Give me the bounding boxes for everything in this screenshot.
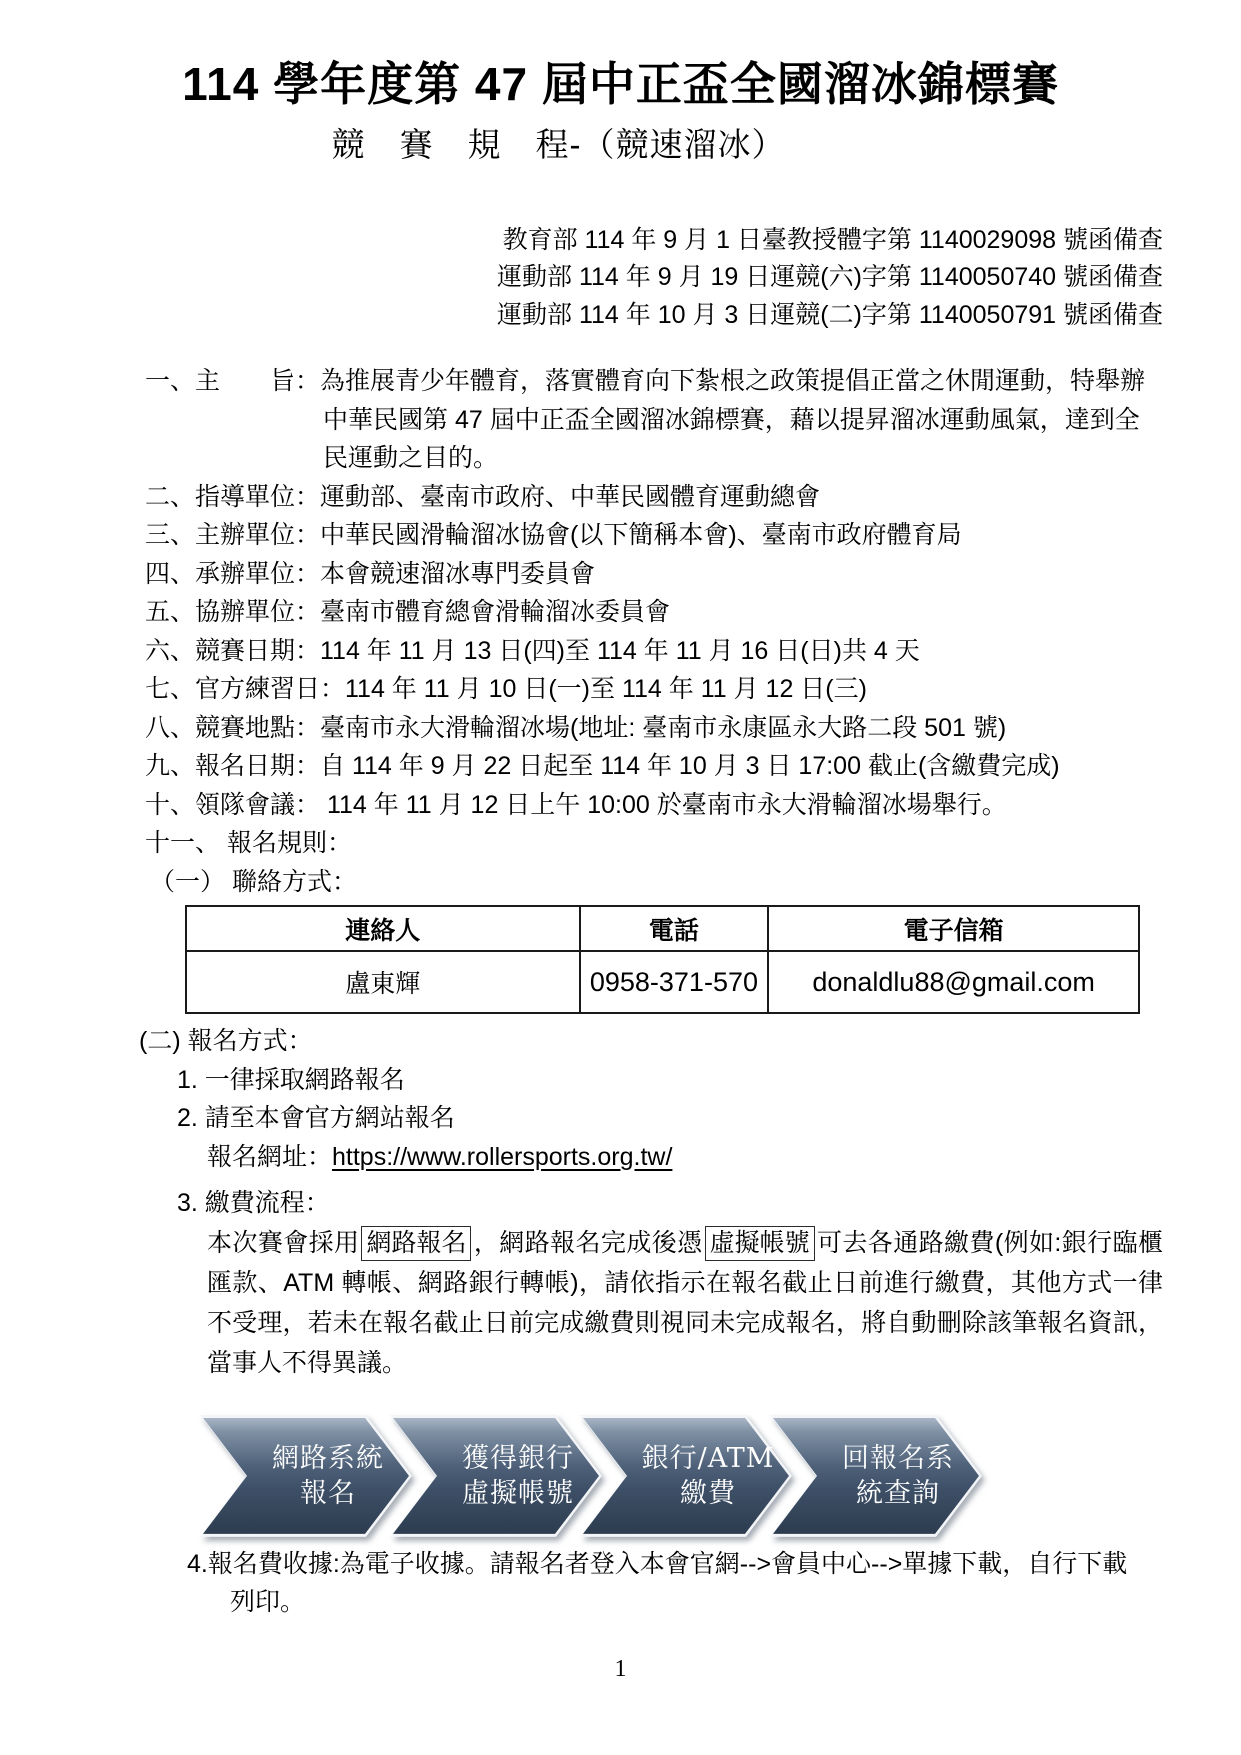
- method-point-2: 2. 請至本會官方網站報名: [0, 1099, 1241, 1138]
- flow-step-label: 銀行/ATM: [632, 1441, 784, 1476]
- flow-step-online-registration: 網路系統 報名: [200, 1415, 412, 1537]
- payment-process-paragraph: 本次賽會採用網路報名，網路報名完成後憑虛擬帳號可去各通路繳費(例如:銀行臨櫃匯款…: [207, 1223, 1163, 1383]
- registration-url-line: 報名網址：https://www.rollersports.org.tw/: [0, 1138, 1241, 1177]
- registration-method-section: (二) 報名方式： 1. 一律採取網路報名 2. 請至本會官方網站報名 報名網址…: [0, 1022, 1241, 1622]
- clause-registration-rules: 十一、 報名規則：: [0, 824, 1241, 863]
- clause-purpose-line2: 中華民國第 47 屆中正盃全國溜冰錦標賽，藉以提昇溜冰運動風氣，達到全: [0, 401, 1241, 440]
- clause-competition-dates: 六、競賽日期：114 年 11 月 13 日(四)至 114 年 11 月 16…: [0, 632, 1241, 671]
- registration-url-label: 報名網址：: [207, 1143, 332, 1171]
- clause-registration-dates: 九、報名日期：自 114 年 9 月 22 日起至 114 年 10 月 3 日…: [0, 747, 1241, 786]
- clause-purpose-line1: 一、主 旨：為推展青少年體育，落實體育向下紮根之政策提倡正當之休閒運動，特舉辦: [0, 362, 1241, 401]
- subclause-method-heading: (二) 報名方式：: [0, 1022, 1241, 1061]
- flow-step-bank-atm-payment: 銀行/ATM 繳費: [580, 1415, 792, 1537]
- contact-phone: 0958-371-570: [580, 951, 769, 1013]
- contact-header-email: 電子信箱: [768, 906, 1139, 951]
- clause-venue: 八、競賽地點：臺南市永大滑輪溜冰場(地址: 臺南市永康區永大路二段 501 號): [0, 709, 1241, 748]
- page-number: 1: [0, 1656, 1241, 1683]
- contact-table-data-row: 盧東輝 0958-371-570 donaldlu88@gmail.com: [186, 951, 1139, 1013]
- paragraph-text: 本次賽會採用: [207, 1229, 359, 1257]
- doc-subtitle: 競 賽 規 程-（競速溜冰）: [0, 119, 1179, 166]
- contact-email: donaldlu88@gmail.com: [768, 951, 1139, 1013]
- approval-notes: 教育部 114 年 9 月 1 日臺教授體字第 1140029098 號函備查 …: [0, 222, 1241, 335]
- flow-step-label: 虛擬帳號: [442, 1476, 594, 1511]
- flow-step-check-system: 回報名系 統查詢: [770, 1415, 982, 1537]
- boxed-term-online-registration: 網路報名: [361, 1226, 471, 1261]
- clause-organizers: 三、主辦單位：中華民國滑輪溜冰協會(以下簡稱本會)、臺南市政府體育局: [0, 516, 1241, 555]
- flow-step-label: 獲得銀行: [442, 1441, 594, 1476]
- method-point-4-line1: 4.報名費收據:為電子收據。請報名者登入本會官網-->會員中心-->單據下載，自…: [0, 1545, 1241, 1584]
- subclause-contact-heading: （一） 聯絡方式：: [0, 863, 1241, 902]
- clause-leaders-meeting: 十、領隊會議： 114 年 11 月 12 日上午 10:00 於臺南市永大滑輪…: [0, 786, 1241, 825]
- clause-practice-days: 七、官方練習日：114 年 11 月 10 日(一)至 114 年 11 月 1…: [0, 670, 1241, 709]
- flow-step-label: 網路系統: [252, 1441, 404, 1476]
- contact-table: 連絡人 電話 電子信箱 盧東輝 0958-371-570 donaldlu88@…: [185, 905, 1140, 1014]
- paragraph-text: ，網路報名完成後憑: [473, 1229, 702, 1257]
- flow-step-label: 回報名系: [822, 1441, 974, 1476]
- method-point-4-line2: 列印。: [0, 1583, 1241, 1622]
- method-point-1: 1. 一律採取網路報名: [0, 1061, 1241, 1100]
- flow-step-label: 報名: [252, 1476, 404, 1511]
- clause-undertaker: 四、承辦單位：本會競速溜冰專門委員會: [0, 555, 1241, 594]
- contact-name: 盧東輝: [186, 951, 580, 1013]
- contact-header-name: 連絡人: [186, 906, 580, 951]
- flow-step-label: 統查詢: [822, 1476, 974, 1511]
- approval-line: 教育部 114 年 9 月 1 日臺教授體字第 1140029098 號函備查: [0, 222, 1163, 260]
- contact-header-phone: 電話: [580, 906, 769, 951]
- flow-step-label: 繳費: [632, 1476, 784, 1511]
- flow-step-get-virtual-account: 獲得銀行 虛擬帳號: [390, 1415, 602, 1537]
- boxed-term-virtual-account: 虛擬帳號: [705, 1226, 815, 1261]
- main-clauses: 一、主 旨：為推展青少年體育，落實體育向下紮根之政策提倡正當之休閒運動，特舉辦 …: [0, 362, 1241, 901]
- approval-line: 運動部 114 年 9 月 19 日運競(六)字第 1140050740 號函備…: [0, 259, 1163, 297]
- contact-table-header-row: 連絡人 電話 電子信箱: [186, 906, 1139, 951]
- method-point-3: 3. 繳費流程：: [0, 1184, 1241, 1223]
- document-page: 114 學年度第 47 屆中正盃全國溜冰錦標賽 競 賽 規 程-（競速溜冰） 教…: [0, 0, 1241, 1755]
- clause-advisory-units: 二、指導單位：運動部、臺南市政府、中華民國體育運動總會: [0, 478, 1241, 517]
- registration-url-link[interactable]: https://www.rollersports.org.tw/: [332, 1143, 672, 1171]
- approval-line: 運動部 114 年 10 月 3 日運競(二)字第 1140050791 號函備…: [0, 297, 1163, 335]
- clause-co-organizer: 五、協辦單位：臺南市體育總會滑輪溜冰委員會: [0, 593, 1241, 632]
- payment-flow-diagram: 網路系統 報名 獲得銀行 虛擬帳號 銀行/ATM 繳費: [200, 1415, 1241, 1537]
- doc-title: 114 學年度第 47 屆中正盃全國溜冰錦標賽: [0, 0, 1241, 111]
- clause-purpose-line3: 民運動之目的。: [0, 439, 1241, 478]
